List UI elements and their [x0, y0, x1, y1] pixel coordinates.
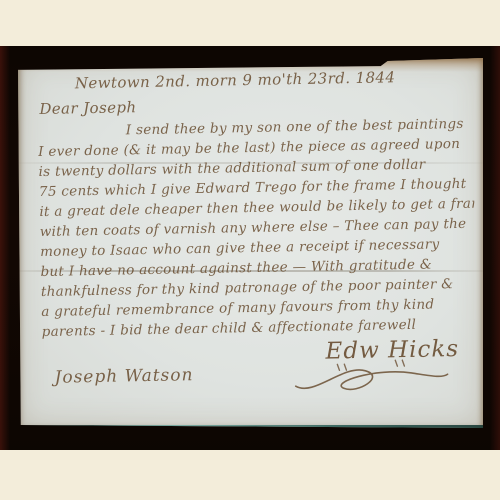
photo-of-handwritten-letter: Newtown 2nd. morn 9 mo'th 23rd. 1844 Dea… [0, 0, 500, 500]
letter-body: I send thee by my son one of the best pa… [38, 116, 477, 344]
signature-block: Edw Hicks [325, 336, 460, 399]
letter-dateline: Newtown 2nd. morn 9 mo'th 23rd. 1844 [75, 68, 396, 92]
mat-band-top [0, 0, 500, 46]
letter-content: Newtown 2nd. morn 9 mo'th 23rd. 1844 Dea… [14, 54, 486, 433]
background-glow-right [490, 46, 500, 450]
background-glow-left [0, 46, 10, 450]
letter-paper: Newtown 2nd. morn 9 mo'th 23rd. 1844 Dea… [18, 58, 483, 428]
letter-salutation: Dear Joseph [39, 98, 136, 118]
signature-edw-hicks: Edw Hicks [325, 336, 459, 365]
paper-bottom-edge-artifact [18, 425, 483, 428]
mat-band-bottom [0, 450, 500, 500]
letter-addressee-name: Joseph Watson [54, 365, 193, 388]
